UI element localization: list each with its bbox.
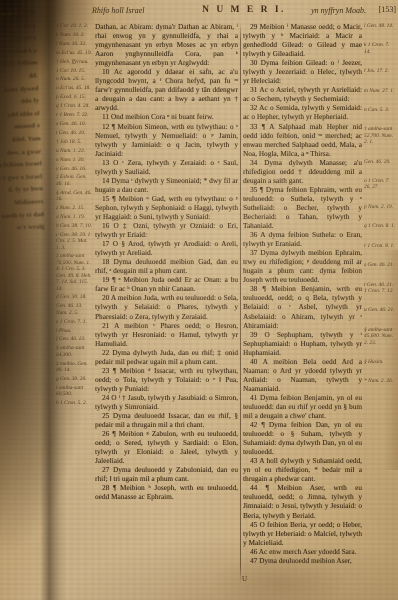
facing-page-fragment: d, fy yr hwn <box>0 185 43 197</box>
text-columns: 1 Cor. 10. 1, 2.k Num. 16. 2.l Num. 16. … <box>56 23 396 583</box>
verse-paragraph: 17 O § Arod, tylwyth yr Arodiaid: o Arel… <box>95 240 238 258</box>
margin-note: h 1 Cron. 5. 2. <box>56 400 93 406</box>
signature-mark: U <box>242 575 247 583</box>
verse-paragraph: 10 Ac agorodd y ddaear ei safn, ac a'u l… <box>95 68 238 113</box>
margin-note: Gen. 46. 13. Num. 2. 5. <box>56 303 93 316</box>
verse-paragraph: 44 ¶ Meibion Aser, wrth eu teuluoedd, oe… <box>243 484 362 520</box>
running-title-right: yn nyffryn Moab. <box>311 6 366 15</box>
margin-note: m Num. 27. 1. <box>364 88 396 94</box>
verse-paragraph: 35 ¶ Dyma feibion Ephraim, wrth eu teulu… <box>243 186 362 231</box>
book-title: N U M E R I. <box>184 5 304 15</box>
margin-note: n Can. 5. 3. <box>364 107 396 113</box>
facing-page-fragment: Midianees <box>0 197 44 209</box>
margin-note: c Gen. 38. 29. 1 Cro. 2. 5. Mat. 1. 3. <box>56 232 93 251</box>
verse-paragraph: 20 A meibion Juda, wrth eu teuluoedd: o … <box>95 294 238 321</box>
verse-paragraph: 46 Ac enw merch Aser ydoedd Sara. <box>243 548 362 557</box>
margin-note: d Gen. 30. 18. <box>56 294 93 300</box>
margin-note: o Ecl'us. 45. 18. <box>56 85 93 91</box>
verse-paragraph: 37 Dyma dylwyth meibion Ephraim, trwy eu… <box>243 249 362 285</box>
facing-page-fragment: w'r wraig <box>0 222 45 234</box>
facing-page-fragment: ammod o <box>0 122 40 134</box>
verse-paragraph: 22 Dyma dylwyth Juda, dan eu rhif; ‡ oni… <box>95 349 238 367</box>
margin-note: a Num. 1. 19. <box>56 214 93 220</box>
margin-note: g Gen. 30. 20. <box>56 376 93 382</box>
margin-note: § amlha-sant 45,600. Num. 2. 23. <box>364 327 396 346</box>
right-margin-notes: i Gen. 48. 14.k 1 Cron. 7. 14.l Jos. 17.… <box>364 23 396 583</box>
verse-paragraph: 29 Meibion ⁱ Manasse oedd; o Macir, tylw… <box>243 23 362 59</box>
verse-paragraph: 41 Dyma feibion Benjamin, yn ol eu teulu… <box>243 394 362 421</box>
verse-paragraph: 26 ¶ Meibion ᵍ Zabulon, wrth eu teuluoed… <box>95 430 238 466</box>
running-title-left: Rhifo holl Israel <box>92 6 144 15</box>
margin-note: p Exod. 6. 15. <box>56 94 93 100</box>
facing-page-fragment: ydd iddo ef <box>0 109 40 121</box>
running-header: Rhifo holl Israel N U M E R I. yn nyffry… <box>56 4 396 20</box>
margin-note: k Num. 16. 2. <box>56 32 93 38</box>
margin-note: ‡ meibio. Gen. 46. 14. <box>56 361 93 374</box>
verse-paragraph: 12 ¶ Meibion Simeon, wrth eu tylwythau: … <box>95 123 238 159</box>
margin-note: l Jos. 17. 2. <box>364 68 396 74</box>
margin-note: † amlha-sant 52,700. Num. 2. 1. <box>364 126 396 145</box>
verse-paragraph: 24 O ᶠ † Jasub, tylwyth y Jasubiaid: o S… <box>95 394 238 412</box>
verse-paragraph: 43 A holl dylwyth y Suhamiaid oedd, yn o… <box>243 457 362 484</box>
verse-paragraph: 14 Dyma ᵗ dylwyth y Simeoniaid; * dwy fi… <box>95 177 238 195</box>
margin-note: s Gen. 46. 10. <box>56 121 93 127</box>
margin-note: § Arod. Gen. 46. 16. <box>56 190 93 203</box>
verse-paragraph: 42 ¶ Dyma feibion Dan, yn ol eu teuluoed… <box>243 421 362 457</box>
margin-note: k 1 Cron. 7. 14. <box>364 42 396 55</box>
margin-note: i Gen. 48. 14. <box>364 23 396 29</box>
margin-note: r 1 Cron. 8. 1. <box>364 243 396 249</box>
margin-note: s Gen. 46. 21. <box>364 262 396 268</box>
margin-note: f Gen. 46. 13. <box>56 336 93 342</box>
margin-note: u Gen. 46. 21. <box>364 307 396 313</box>
verse-paragraph: 28 ¶ Meibion ʰ Joseph, wrth eu teuluoedd… <box>95 484 238 502</box>
printed-page: Rhifo holl Israel N U M E R I. yn nyffry… <box>56 4 396 596</box>
facing-page-fragment: chwis feibion <box>0 59 38 71</box>
verse-paragraph: 25 Dyma deuluoedd Issacar, dan eu rhif, … <box>95 412 238 430</box>
margin-note: † Job 18. 5. <box>56 139 93 145</box>
verse-paragraph: 18 Dyma deuluoedd meibion Gad, dan eu rh… <box>95 258 238 276</box>
verse-paragraph: 39 O Sephupham, tylwyth y ᵗ Sephuphamiai… <box>243 331 362 358</box>
verse-paragraph: 15 ¶ Meibion ᵘ Gad, wrth eu tylwythau: o… <box>95 195 238 222</box>
verse-paragraph: 11 Ond meibion Cora ⁿ ni buant feirw. <box>95 113 238 122</box>
verse-paragraph: 32 Ac o Semida, tylwyth y Semidaid: ac o… <box>243 104 362 122</box>
verse-paragraph: 23 ¶ Meibion ᵈ Issacar, wrth eu tylwytha… <box>95 367 238 394</box>
right-text-column: 29 Meibion ⁱ Manasse oedd; o Macir, tylw… <box>243 23 362 583</box>
margin-note: e 1 Cron. 7. 1. <box>56 319 93 325</box>
margin-note: z Num. 2. 15. <box>56 205 93 211</box>
margin-note: ‡ amlha-sant 76,500. Num. 1. 4. 1 Cro. 5… <box>56 253 93 291</box>
margin-note: ‖ amlha-sant 60,500. <box>56 385 93 398</box>
facing-page-fragment: dd. <box>0 71 38 83</box>
left-text-column: Dathan, ac Abiram: dyma'r Dathan ac Abir… <box>95 23 238 583</box>
verse-paragraph: 13 O ʳ Zera, tylwyth y Zeraiaid: o ˢ Sau… <box>95 159 238 177</box>
verse-paragraph: 33 ¶ A Salphaad mab Hepher nid oedd iddo… <box>243 123 362 159</box>
facing-page-fragment: a drofi y <box>0 21 36 33</box>
verse-paragraph: 30 Dyma feibion Gilead: o ˡ Jeezer, tylw… <box>243 59 362 86</box>
facing-page-fragment: fe drofod 6 y <box>0 46 37 58</box>
column-divider-rule <box>240 23 241 583</box>
margin-note: t Gen. 46. 10. <box>56 130 93 136</box>
margin-note: y Gen. 46. 16. <box>56 166 93 172</box>
margin-note: m Ecl'us. 45. 19. <box>56 50 93 56</box>
verse-paragraph: 31 Ac o Asriel, tylwyth yr Asrieliaid: a… <box>243 86 362 104</box>
margin-note: x Num. 1. 30. <box>56 157 93 163</box>
margin-note: § Husim. <box>364 359 396 365</box>
facing-page-fragment: ddol. Yam <box>0 134 41 146</box>
margin-note: 1 Cor. 10. 15. <box>56 68 93 74</box>
page-number: [153] <box>379 5 396 14</box>
margin-note: § amlha-sant 64,300. <box>56 345 93 358</box>
left-margin-notes: 1 Cor. 10. 1, 2.k Num. 16. 2.l Num. 16. … <box>56 23 93 583</box>
margin-note: 1 Cor. 10. 1, 2. <box>56 23 93 29</box>
verse-paragraph: 21 A meibion ᶜ Phares oedd; o Hesron, ty… <box>95 322 238 349</box>
facing-page-fragment: naeth ty ei dad <box>0 210 44 222</box>
facing-page-fragment: hyny dywed <box>0 84 39 96</box>
margin-note: p Num. 2. 19. <box>364 204 396 210</box>
verse-paragraph: 27 Dyma deuluoedd y Zabuloniaid, dan eu … <box>95 466 238 484</box>
facing-page-fragment: enw'r gwr o Israel <box>0 172 43 184</box>
margin-note: t Gen. 46. 21. 1 Cron. 7. 12. <box>364 282 396 295</box>
facing-page-fragment: a feibion Israel <box>0 159 42 171</box>
margin-note: l Num. 16. 32. <box>56 41 93 47</box>
facing-page-fragment: ion Israel y <box>0 34 37 46</box>
margin-note: q 1 Cron. 8. 1. <box>364 223 396 229</box>
margin-note: n Num. 26. 5. <box>56 76 93 82</box>
verse-paragraph: 40 A meibion Bela oedd Ard a Naaman: o A… <box>243 358 362 394</box>
scanned-book-page: mab Eliezera drofi yion Israel yfe drofo… <box>0 0 398 600</box>
margin-note: * Num. 2. 26. <box>364 378 396 384</box>
margin-note: q 1 Cron. 4. 24. <box>56 103 93 109</box>
facing-page-fragment: ddo fy <box>0 96 39 108</box>
verse-paragraph: 45 O feibion Beria, yr oedd; o Heber, ty… <box>243 521 362 548</box>
margin-note: ‖ Phua. <box>56 328 93 334</box>
verse-paragraph: 19 ¶ ᵃ Meibion Juda oedd Er ac Onan: a b… <box>95 276 238 294</box>
facing-page-fragment: mab Eliezer <box>0 8 35 20</box>
verse-paragraph: 36 A dyma feibion Suthela: o Eran, tylwy… <box>243 231 362 249</box>
verse-paragraph: 16 O ‡ Ozni, tylwyth yr Ozniaid: o Eri, … <box>95 222 238 240</box>
facing-page-text-fragments: mab Eliezera drofi yion Israel yfe drofo… <box>0 0 61 600</box>
margin-note: b Gen. 38. 7, 10. <box>56 223 93 229</box>
margin-note: Gen. 46. 20. <box>364 159 396 165</box>
margin-note: † Heb. ffyrnau. <box>56 59 93 65</box>
margin-note: ‡ Esbon. Gen. 46. 16. <box>56 174 93 187</box>
verse-paragraph: 47 Dyma deuluoedd meibion Aser, <box>243 557 362 566</box>
verse-paragraph: 38 ¶ Meibion Benjamin, wrth eu teuluoedd… <box>243 285 362 330</box>
margin-note: o 1 Cron. 7. 26, 27. <box>364 178 396 191</box>
margin-note: r 1 Bren. 7. 22. <box>56 112 93 118</box>
margin-note: u Num. 1. 23. <box>56 148 93 154</box>
verse-paragraph: 34 Dyma dylwyth Manasse; a'u rhifedigion… <box>243 159 362 186</box>
facing-page-fragment: dow, a gwar <box>0 147 42 159</box>
verse-paragraph: Dathan, ac Abiram: dyma'r Dathan ac Abir… <box>95 23 238 68</box>
